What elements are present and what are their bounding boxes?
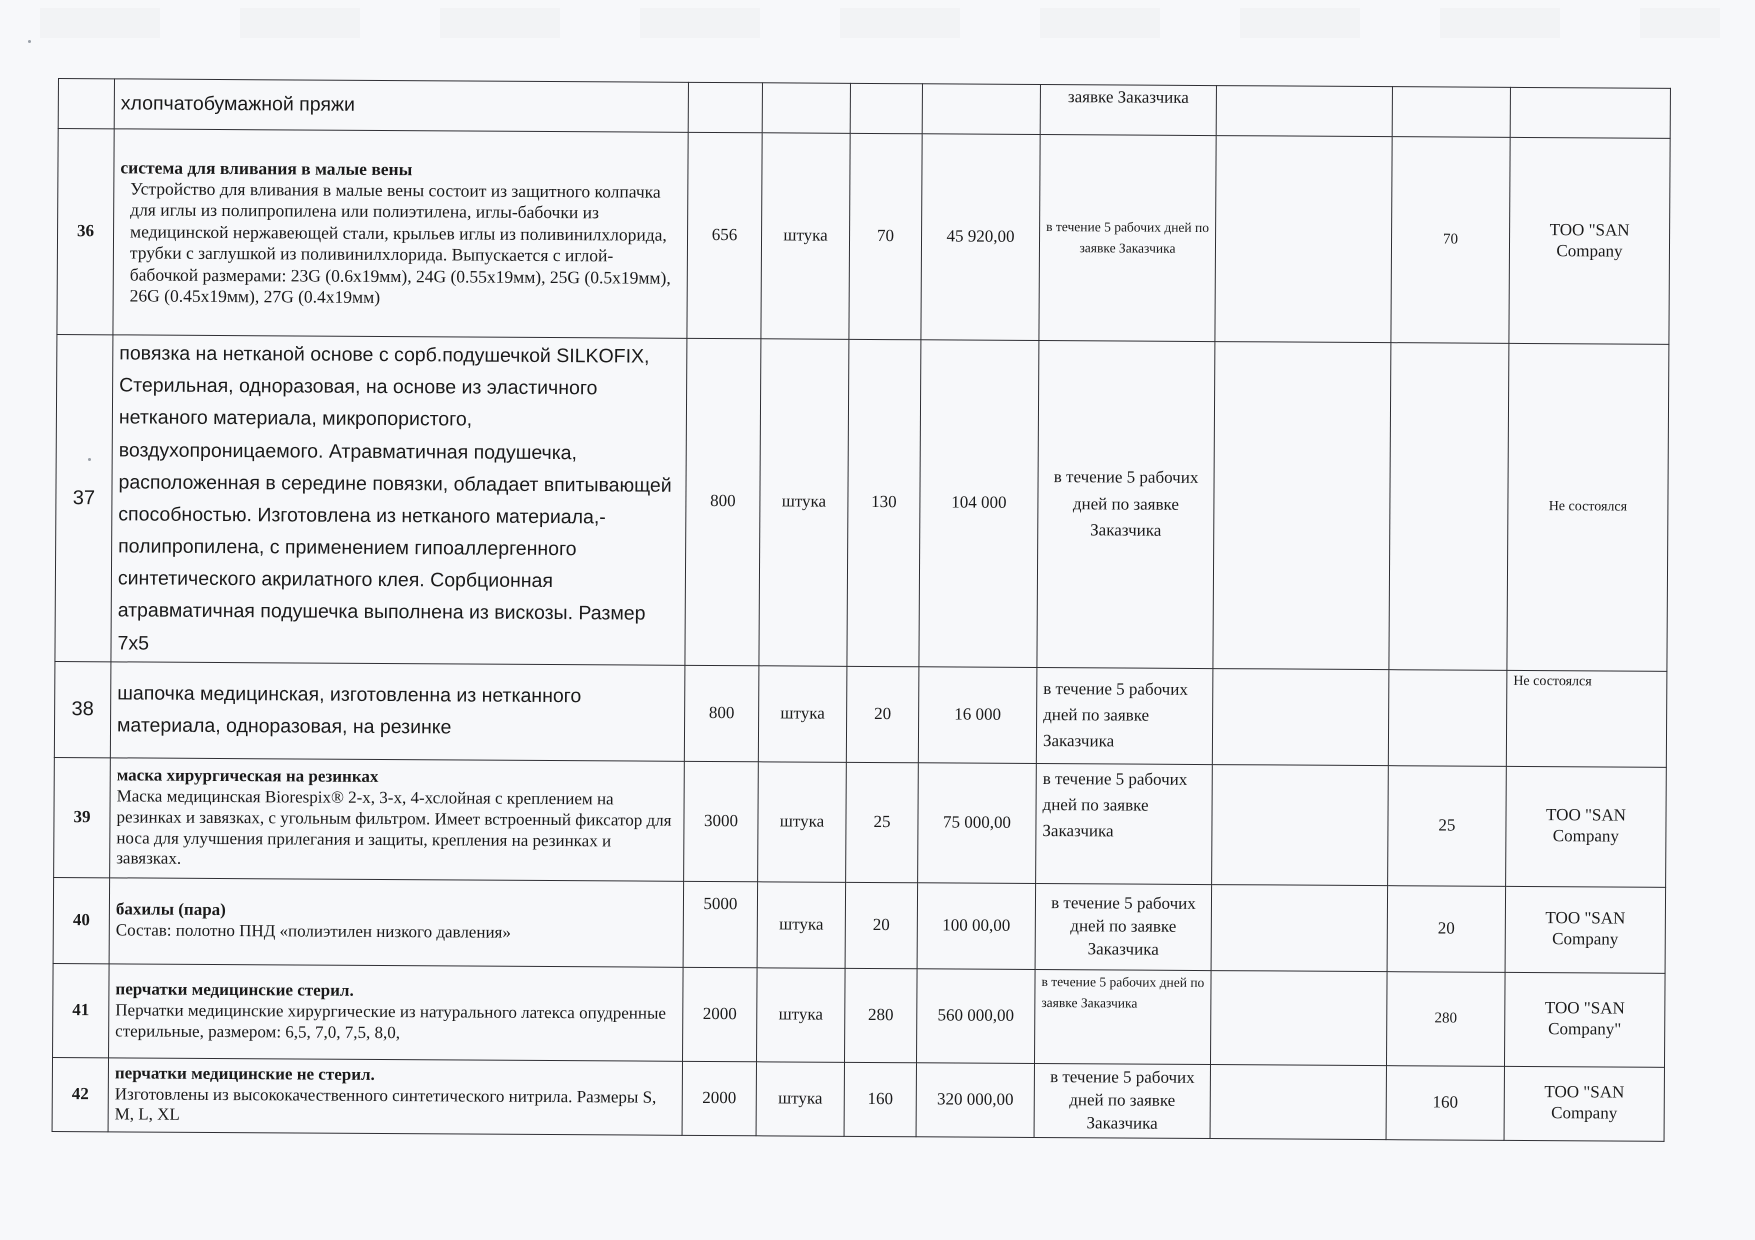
price: 70 [849, 133, 922, 339]
empty-cell [1213, 342, 1391, 670]
supplier-status: Не состоялся [1506, 670, 1667, 767]
quantity: 800 [685, 338, 761, 665]
unit [762, 83, 850, 134]
item-description: Перчатки медицинские хирургические из на… [115, 1000, 676, 1045]
amount [922, 84, 1040, 135]
amount: 560 000,00 [917, 968, 1036, 1063]
empty-cell [1210, 970, 1387, 1065]
item-name: перчатки медицинские стерил. Перчатки ме… [109, 964, 684, 1062]
row-number: 42 [52, 1057, 108, 1131]
amount: 16 000 [918, 666, 1037, 763]
quantity: 656 [687, 132, 762, 338]
supplier: ТОО "SAN Company [1506, 766, 1667, 887]
amount: 45 920,00 [921, 134, 1040, 341]
price: 20 [845, 882, 918, 968]
unit: штука [759, 339, 849, 666]
quantity: 800 [684, 665, 759, 761]
supplier: ТОО "SAN Company [1509, 137, 1670, 344]
row-number: 41 [53, 963, 110, 1057]
procurement-results-table: хлопчатобумажной пряжи заявке Заказчика … [52, 78, 1671, 1141]
row-number: 38 [54, 661, 111, 757]
quantity: 2000 [682, 1061, 756, 1135]
supplier-status: Не состоялся [1507, 343, 1669, 671]
item-description: шапочка медицинская, изготовленна из нет… [117, 677, 678, 745]
row-number: 40 [53, 877, 110, 963]
unit: штука [758, 666, 847, 763]
supplier: ТОО "SAN Company [1505, 886, 1666, 973]
scan-speck [28, 40, 31, 43]
scan-bleed-through [40, 8, 1720, 38]
amount: 320 000,00 [916, 1062, 1034, 1137]
amount: 100 00,00 [917, 882, 1036, 969]
offered-price [1392, 87, 1510, 138]
unit: штука [757, 882, 846, 969]
unit: штука [761, 133, 850, 340]
price: 20 [846, 666, 919, 762]
offered-price: 160 [1386, 1065, 1504, 1140]
delivery-terms: в течение 5 рабочих дней по заявке Заказ… [1036, 763, 1213, 884]
delivery-terms: в течение 5 рабочих дней по заявке Заказ… [1035, 883, 1212, 970]
table-row: 37 повязка на нетканой основе с сорб.под… [55, 334, 1669, 671]
quantity: 3000 [684, 761, 759, 881]
item-name: маска хирургическая на резинках Маска ме… [110, 758, 685, 882]
row-number: 39 [54, 757, 111, 877]
table-row: 39 маска хирургическая на резинках Маска… [54, 757, 1667, 887]
supplier: ТОО "SAN Company [1504, 1066, 1664, 1141]
row-number [58, 79, 114, 129]
empty-cell [1210, 1064, 1386, 1139]
item-name: хлопчатобумажной пряжи [114, 79, 688, 133]
unit: штука [758, 762, 847, 883]
item-name: перчатки медицинские не стерил. Изготовл… [108, 1058, 682, 1135]
empty-cell [1212, 764, 1389, 885]
offered-price: 20 [1387, 885, 1506, 972]
table-row: 42 перчатки медицинские не стерил. Изгот… [52, 1057, 1664, 1141]
table-row: 41 перчатки медицинские стерил. Перчатки… [53, 963, 1666, 1067]
quantity: 5000 [683, 881, 758, 967]
item-description: Маска медицинская Biorespix® 2-х, 3-х, 4… [116, 786, 677, 872]
item-description: Устройство для вливания в малые вены сос… [120, 179, 682, 310]
delivery-terms: в течение 5 рабочих дней по заявке Заказ… [1037, 340, 1215, 668]
quantity: 2000 [683, 967, 758, 1061]
empty-cell [1216, 86, 1392, 137]
item-description: повязка на нетканой основе с сорб.подуше… [117, 337, 680, 662]
quantity [688, 82, 762, 132]
supplier [1510, 87, 1670, 138]
row-number: 37 [55, 334, 113, 661]
price: 280 [845, 968, 918, 1062]
offered-price [1388, 669, 1507, 766]
amount: 104 000 [919, 340, 1039, 667]
item-name: шапочка медицинская, изготовленна из нет… [110, 662, 685, 762]
item-description: Состав: полотно ПНД «полиэтилен низкого … [116, 921, 677, 945]
price [850, 83, 922, 133]
delivery-terms: заявке Заказчика [1040, 85, 1216, 136]
table-row: 40 бахилы (пара) Состав: полотно ПНД «по… [53, 877, 1665, 973]
delivery-terms: в течение 5 рабочих дней по заявке Заказ… [1035, 969, 1212, 1064]
supplier: ТОО "SAN Company" [1504, 972, 1665, 1067]
table-row: 38 шапочка медицинская, изготовленна из … [54, 661, 1667, 767]
delivery-terms: в течение 5 рабочих дней по заявке Заказ… [1036, 667, 1213, 764]
delivery-terms: в течение 5 рабочих дней по заявке Заказ… [1034, 1063, 1210, 1138]
empty-cell [1215, 136, 1392, 343]
delivery-terms: в течение 5 рабочих дней по заявке Заказ… [1039, 135, 1216, 342]
offered-price [1389, 343, 1509, 670]
price: 130 [847, 339, 921, 666]
price: 25 [846, 762, 919, 882]
row-number: 36 [57, 129, 114, 335]
unit: штука [757, 968, 846, 1063]
price: 160 [844, 1062, 916, 1136]
item-description: Изготовлены из высококачественного синте… [115, 1084, 676, 1129]
item-name: повязка на нетканой основе с сорб.подуше… [111, 335, 687, 665]
offered-price: 25 [1388, 765, 1507, 886]
item-name: система для вливания в малые вены Устрой… [113, 129, 688, 339]
empty-cell [1211, 884, 1388, 971]
unit: штука [756, 1062, 844, 1136]
offered-price: 70 [1391, 137, 1510, 344]
offered-price: 280 [1386, 971, 1505, 1066]
amount: 75 000,00 [918, 762, 1037, 883]
empty-cell [1212, 668, 1389, 765]
table-row: 36 система для вливания в малые вены Уст… [57, 129, 1670, 345]
item-name: бахилы (пара) Состав: полотно ПНД «полиэ… [109, 878, 684, 968]
